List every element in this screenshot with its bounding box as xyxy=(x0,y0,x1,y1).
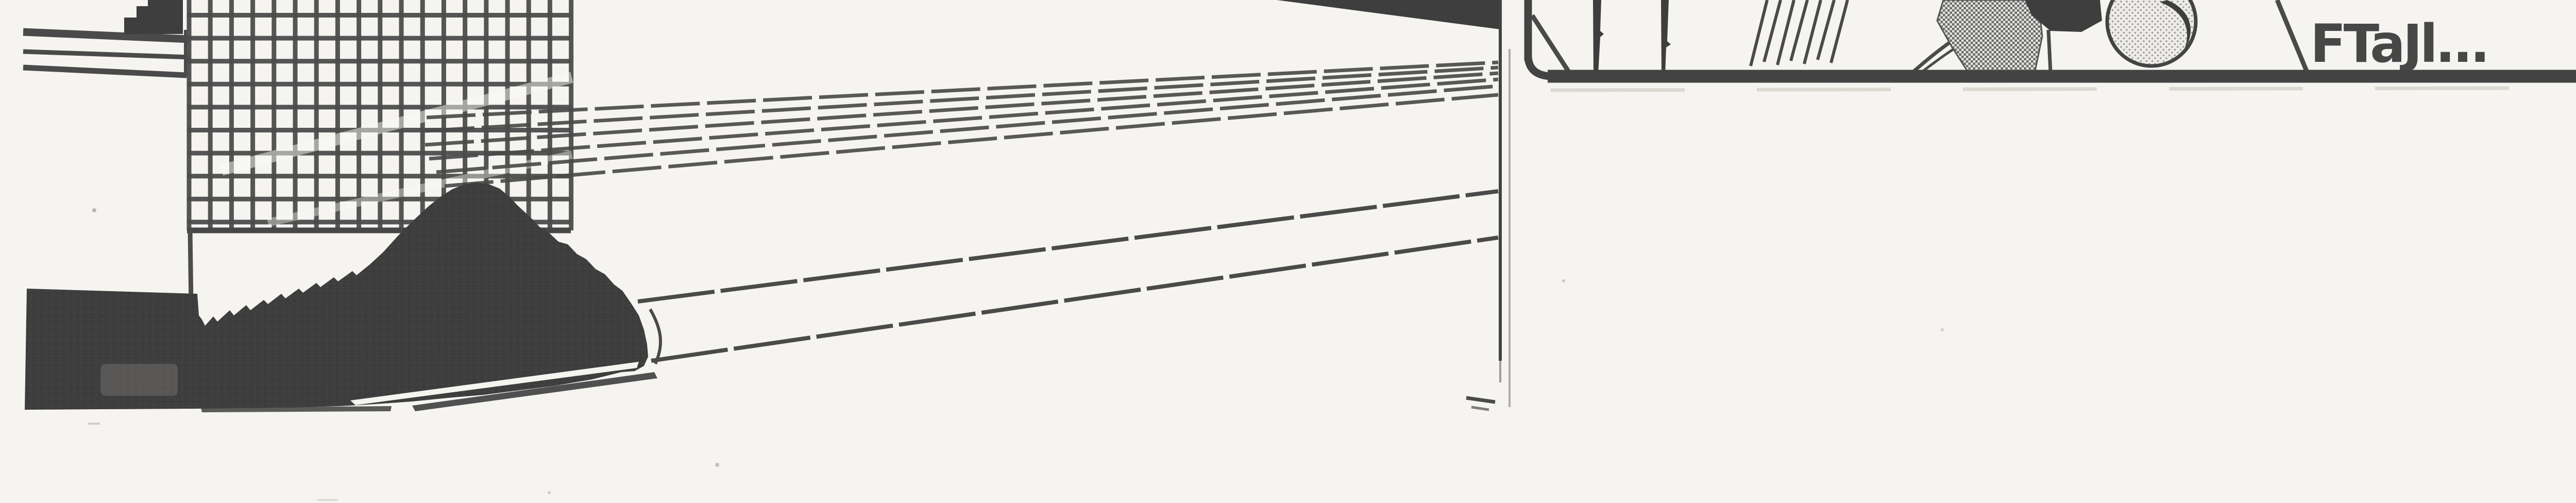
under-border-smear xyxy=(1551,88,2514,90)
sfx-text: FTaJl... xyxy=(2310,13,2487,75)
right-panel: FTaJl... xyxy=(1528,0,2576,90)
pole xyxy=(1593,0,1604,75)
speed-line xyxy=(1831,0,1848,63)
leaning-line xyxy=(2277,0,2307,72)
character-figure xyxy=(1909,0,2196,75)
shelf-line xyxy=(23,52,190,57)
corner-wedge xyxy=(1277,0,1500,29)
ramp-line xyxy=(638,191,1498,301)
comic-page-scan: FTaJl... xyxy=(0,0,2576,503)
speed-line xyxy=(1818,0,1834,60)
speed-line xyxy=(1791,0,1807,61)
speck xyxy=(317,499,338,501)
speck xyxy=(92,208,96,212)
bench-slot xyxy=(100,364,178,396)
perspective-fan-lines xyxy=(425,62,1498,186)
pole xyxy=(1661,0,1671,75)
shelf-line xyxy=(23,68,187,75)
comic-art: FTaJl... xyxy=(0,0,2576,503)
ramp-line xyxy=(651,238,1498,361)
border-foot-dash xyxy=(1471,407,1489,410)
left-panel xyxy=(23,0,1510,412)
panel-border-right xyxy=(1466,0,1510,410)
speck xyxy=(88,423,100,425)
speck xyxy=(1562,279,1565,282)
speck xyxy=(715,463,719,467)
speed-line xyxy=(1764,0,1781,62)
speck xyxy=(548,491,551,494)
leg-line xyxy=(2048,30,2050,72)
border-foot-dash xyxy=(1466,398,1495,402)
speck xyxy=(1941,328,1944,331)
shelf-lines xyxy=(23,30,190,77)
right-panel-art xyxy=(1532,0,2307,75)
halftone-body xyxy=(1937,0,2042,72)
leaning-rope xyxy=(1532,15,1570,74)
window-block xyxy=(124,0,183,34)
speed-lines xyxy=(1751,0,1848,66)
ramp-edge-lines xyxy=(638,191,1498,361)
pile-edge-curve xyxy=(650,309,660,364)
head xyxy=(2107,0,2196,66)
